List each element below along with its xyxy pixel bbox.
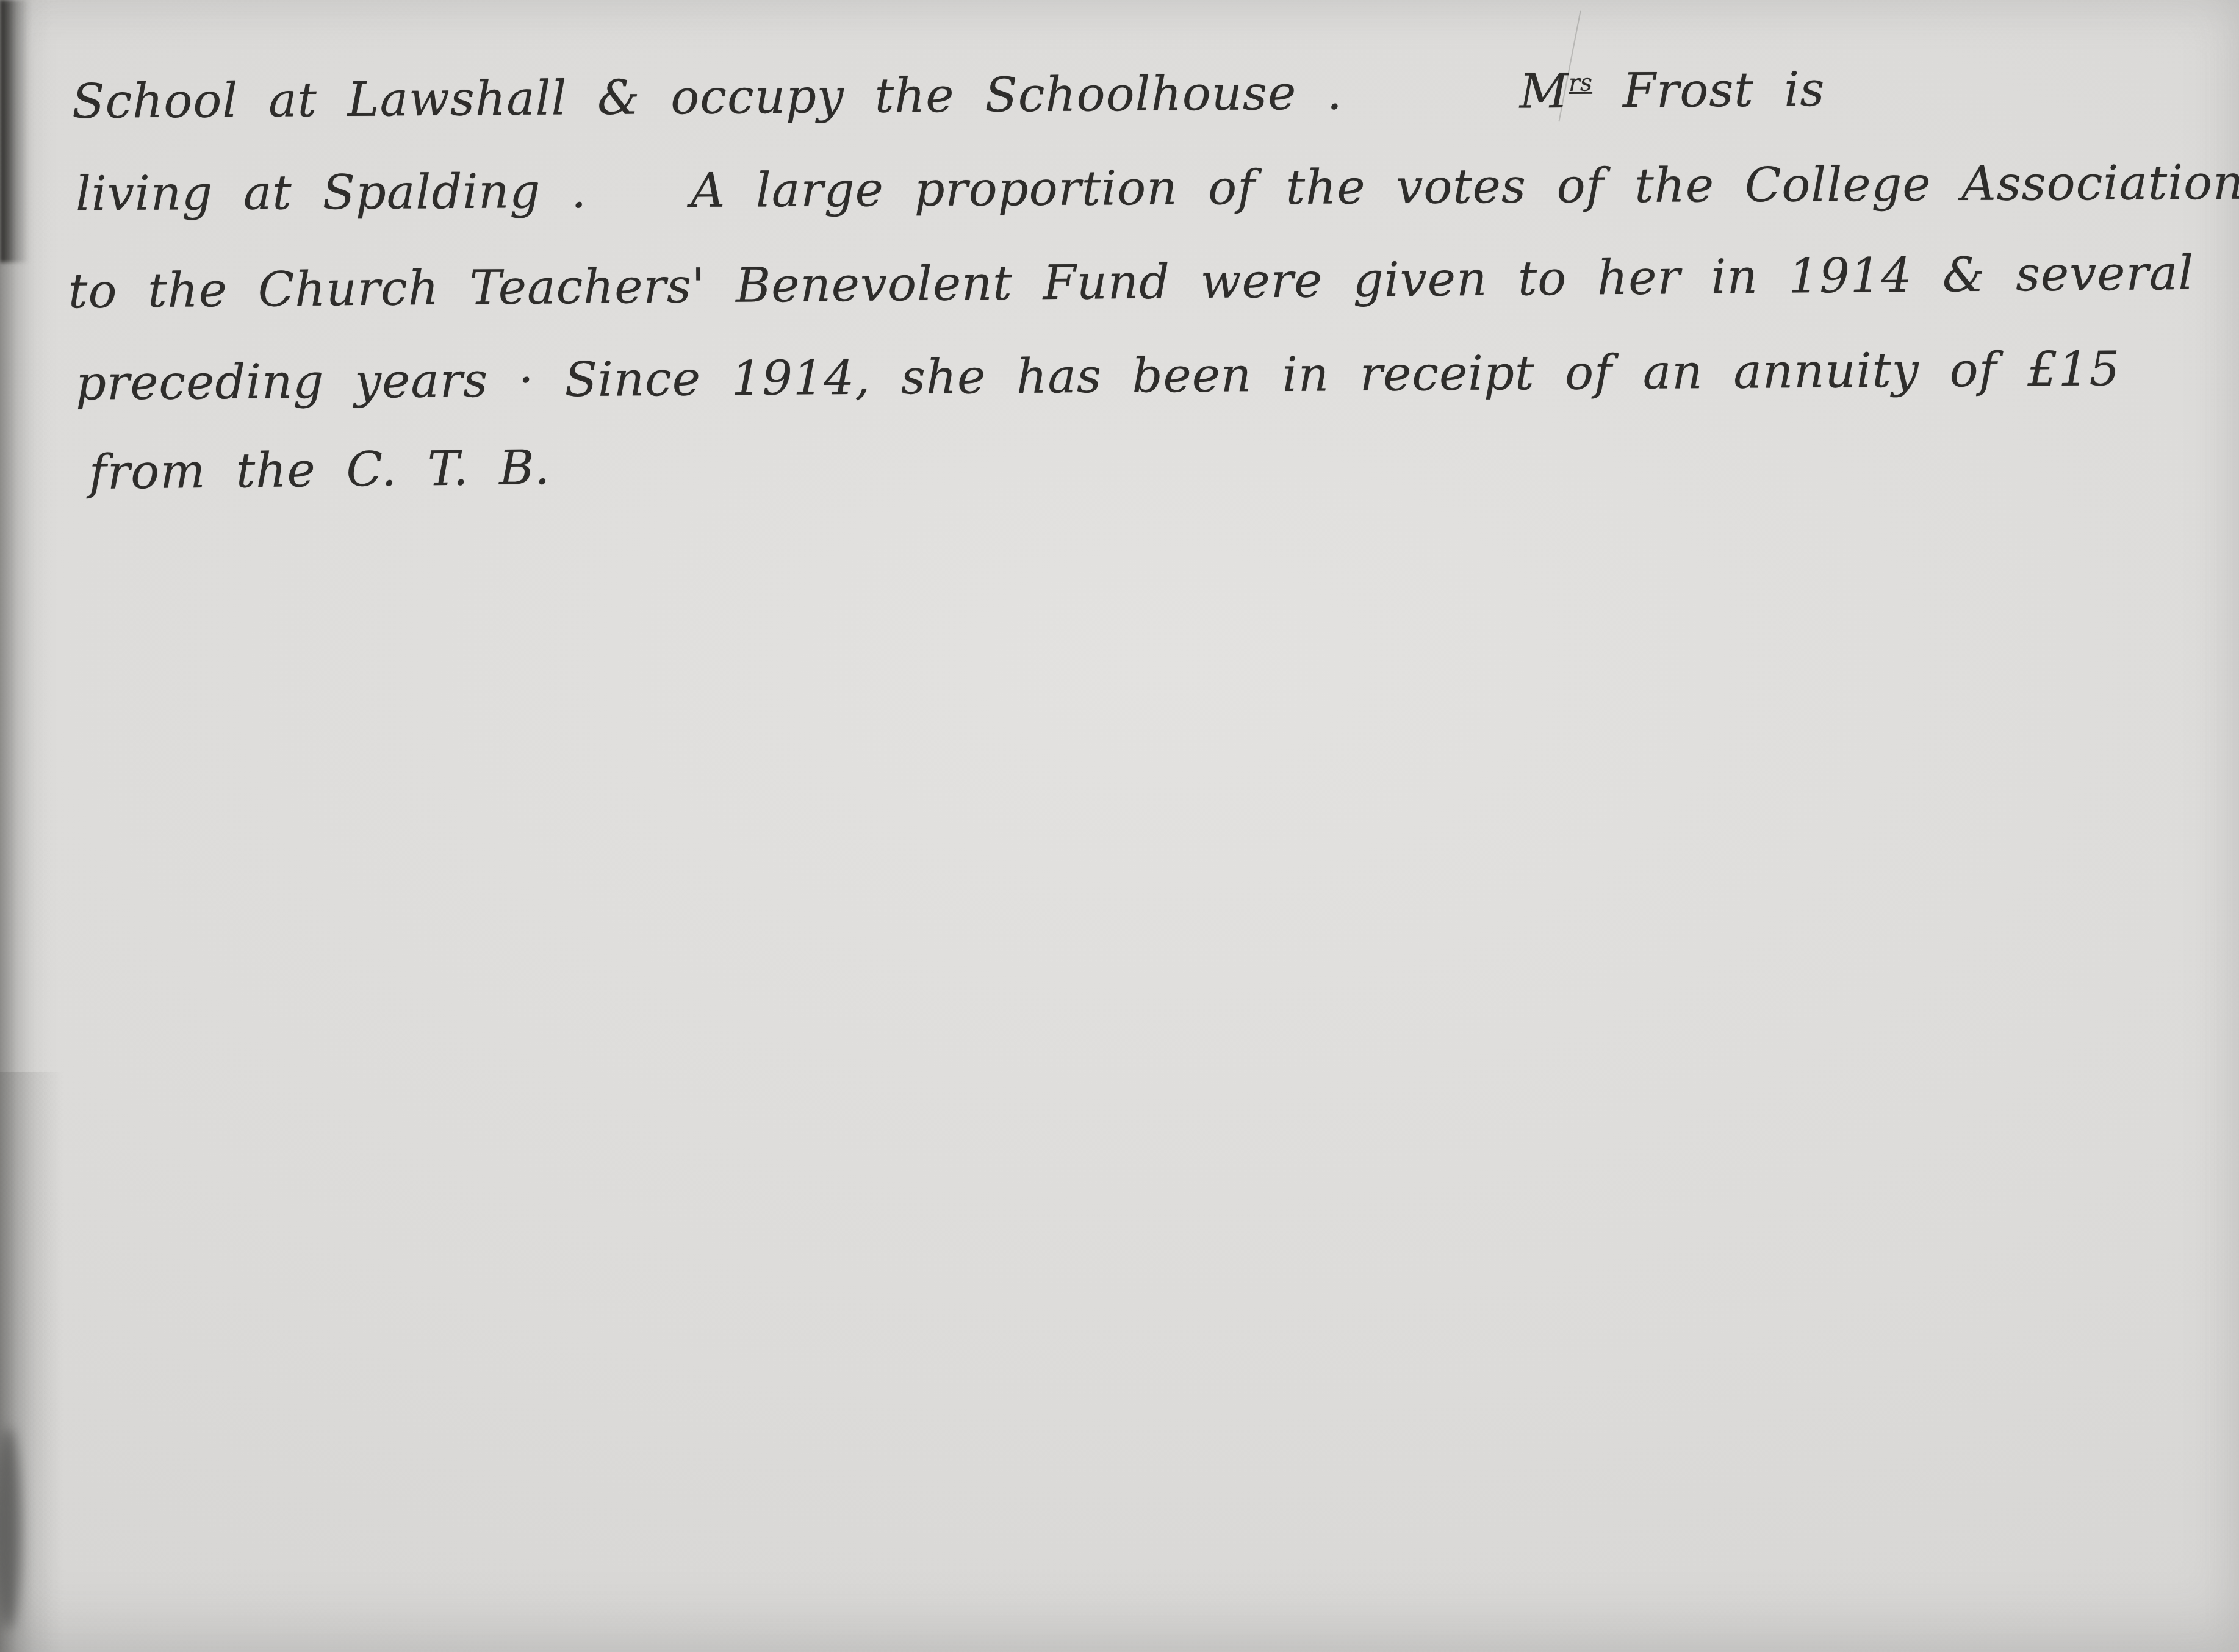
manuscript-page: School at Lawshall & occupy the Schoolho… — [0, 0, 2239, 1652]
text-segment: from the C. T. B. — [89, 440, 551, 500]
edge-smudge — [0, 1428, 21, 1629]
text-segment: Frost is — [1623, 62, 1825, 118]
top-left-corner-shadow — [0, 0, 29, 262]
scan-gutter-shadow — [0, 0, 52, 1652]
text-segment: living at Spalding . — [76, 164, 587, 221]
text-segment: School at Lawshall & occupy the Schoolho… — [72, 65, 1343, 129]
handwritten-line-4: preceding years · Since 1914, she has be… — [76, 342, 2121, 411]
superscript-rs: rs — [1569, 70, 1592, 97]
handwritten-line-3: to the Church Teachers' Benevolent Fund … — [68, 246, 2194, 319]
text-segment: to the Church Teachers' Benevolent Fund … — [68, 246, 2194, 319]
text-segment: M — [1519, 64, 1569, 120]
text-segment: preceding years · Since 1914, she has be… — [76, 342, 2121, 411]
handwritten-line-5: from the C. T. B. — [89, 440, 551, 500]
handwritten-line-2: living at Spalding . A large proportion … — [76, 156, 2239, 222]
text-segment: A large proportion of the votes of the C… — [691, 156, 2239, 218]
bottom-left-shade — [0, 1072, 79, 1652]
handwritten-line-1: School at Lawshall & occupy the Schoolho… — [72, 62, 1825, 129]
